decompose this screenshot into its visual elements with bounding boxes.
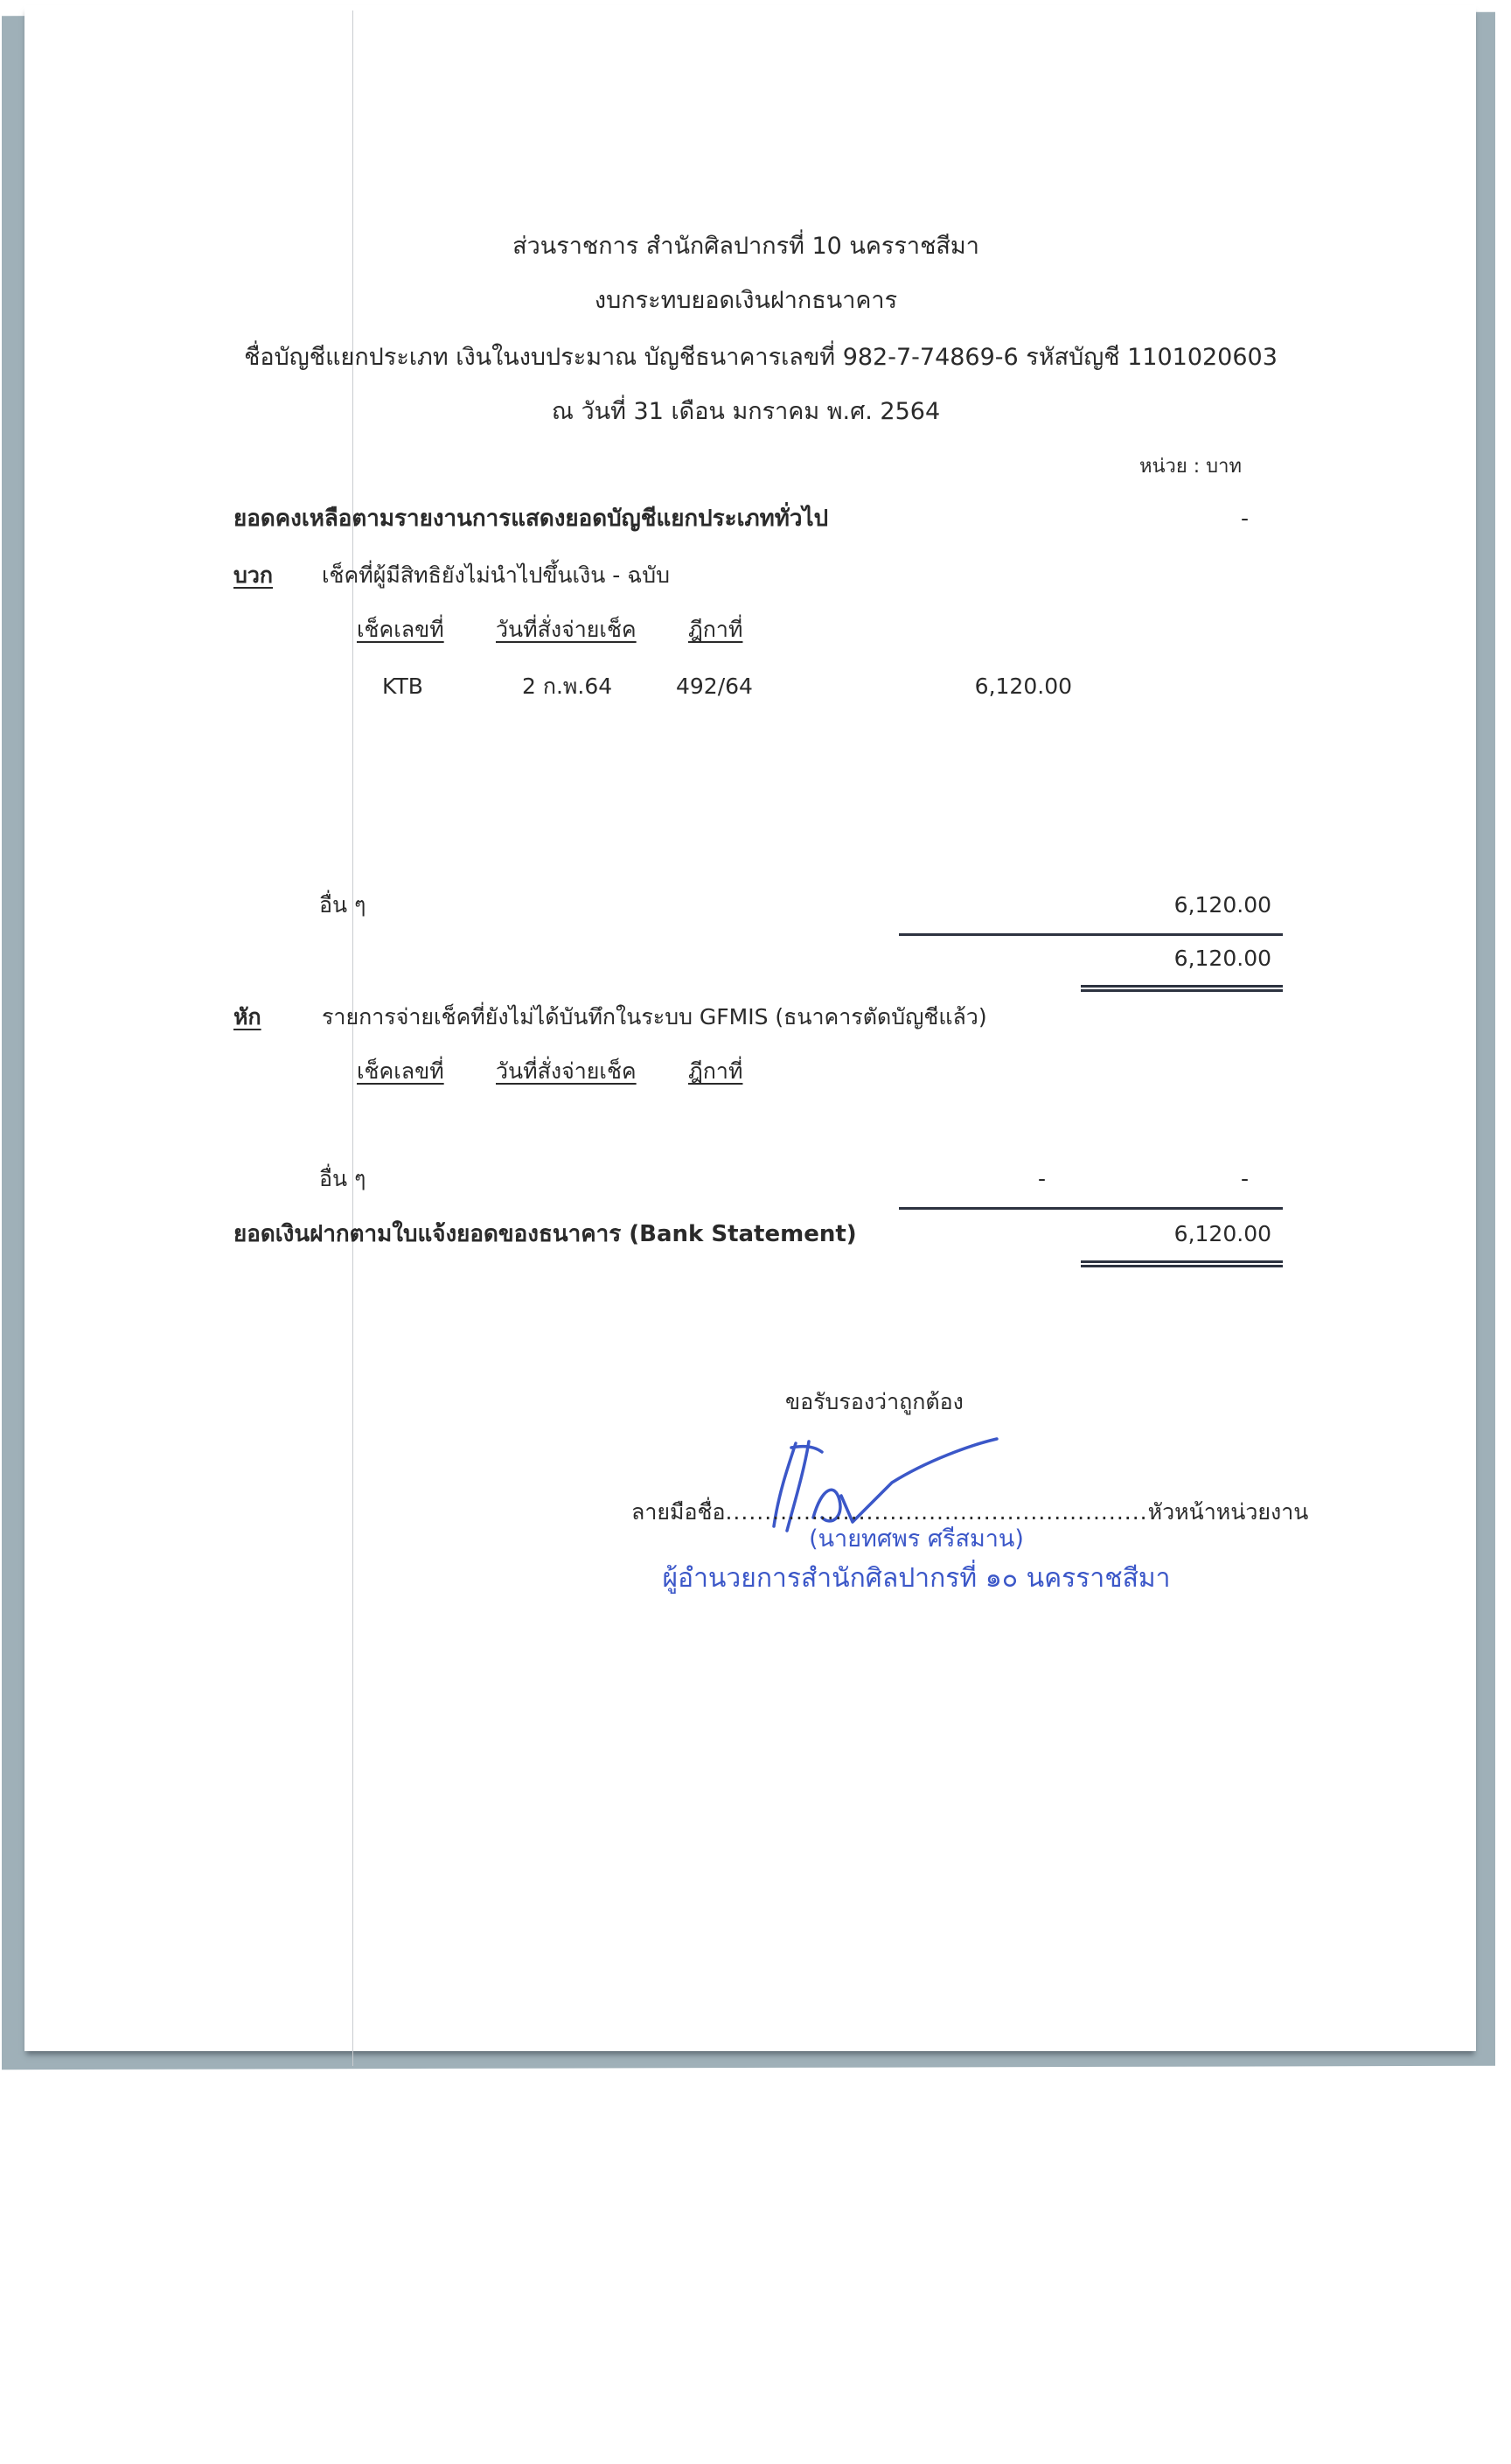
add-col-date: วันที่สั่งจ่ายเช็ค	[496, 618, 637, 640]
add-col-cheque-no: เช็คเลขที่	[357, 618, 444, 640]
certify-text: ขอรับรองว่าถูกต้อง	[785, 1391, 964, 1413]
document-title: งบกระทบยอดเงินฝากธนาคาร	[595, 289, 897, 312]
agency-title: ส่วนราชการ สำนักศิลปากรที่ 10 นครราชสีมา	[512, 234, 979, 258]
deduct-other-label: อื่น ๆ	[319, 1168, 366, 1190]
ledger-balance-label: ยอดคงเหลือตามรายงานการแสดงยอดบัญชีแยกประ…	[233, 507, 828, 530]
bank-statement-value: 6,120.00	[1174, 1223, 1271, 1245]
ledger-balance-value: -	[1241, 507, 1249, 529]
cheque-date: 2 ก.พ.64	[522, 675, 612, 697]
account-line: ชื่อบัญชีแยกประเภท เงินในงบประมาณ บัญชีธ…	[244, 346, 1278, 369]
voucher-no: 492/64	[676, 675, 753, 697]
signer-name: (นายทศพร ศรีสมาน)	[809, 1527, 1024, 1551]
deduct-other-value-1: -	[1038, 1168, 1046, 1190]
deduct-col-voucher: ฎีกาที่	[688, 1060, 742, 1082]
scan-artifact-line	[352, 10, 353, 2066]
add-other-label: อื่น ๆ	[319, 894, 366, 916]
deduct-col-date: วันที่สั่งจ่ายเช็ค	[496, 1060, 637, 1082]
deduct-description: รายการจ่ายเช็คที่ยังไม่ได้บันทึกในระบบ G…	[322, 1006, 987, 1028]
signature-dots: ........................................…	[725, 1499, 1147, 1525]
subtotal-double-rule	[1081, 985, 1283, 992]
bank-statement-label: ยอดเงินฝากตามใบแจ้งยอดของธนาคาร (Bank St…	[233, 1223, 857, 1246]
deduct-col-cheque-no: เช็คเลขที่	[357, 1060, 444, 1082]
add-subtotal: 6,120.00	[1174, 947, 1271, 969]
signature-label: ลายมือชื่อ	[631, 1499, 725, 1525]
final-double-rule	[1081, 1260, 1283, 1267]
deduct-rule	[899, 1207, 1283, 1210]
deduct-other-value-2: -	[1241, 1168, 1249, 1190]
unit-label: หน่วย : บาท	[1139, 457, 1242, 477]
cheque-no: KTB	[382, 675, 423, 697]
deduct-label: หัก	[233, 1006, 261, 1028]
add-label: บวก	[233, 564, 273, 586]
signer-title: ผู้อำนวยการสำนักศิลปากรที่ ๑๐ นครราชสีมา	[662, 1566, 1170, 1592]
cheque-amount: 6,120.00	[975, 675, 1072, 697]
subtotal-rule	[899, 933, 1283, 936]
position-label: หัวหน้าหน่วยงาน	[1148, 1499, 1309, 1525]
add-other-value: 6,120.00	[1174, 894, 1271, 916]
date-line: ณ วันที่ 31 เดือน มกราคม พ.ศ. 2564	[552, 400, 940, 423]
add-description: เช็คที่ผู้มีสิทธิยังไม่นำไปขึ้นเงิน - ฉบ…	[322, 564, 670, 586]
signature-line: ลายมือชื่อ..............................…	[631, 1501, 1308, 1523]
add-col-voucher: ฎีกาที่	[688, 618, 742, 640]
